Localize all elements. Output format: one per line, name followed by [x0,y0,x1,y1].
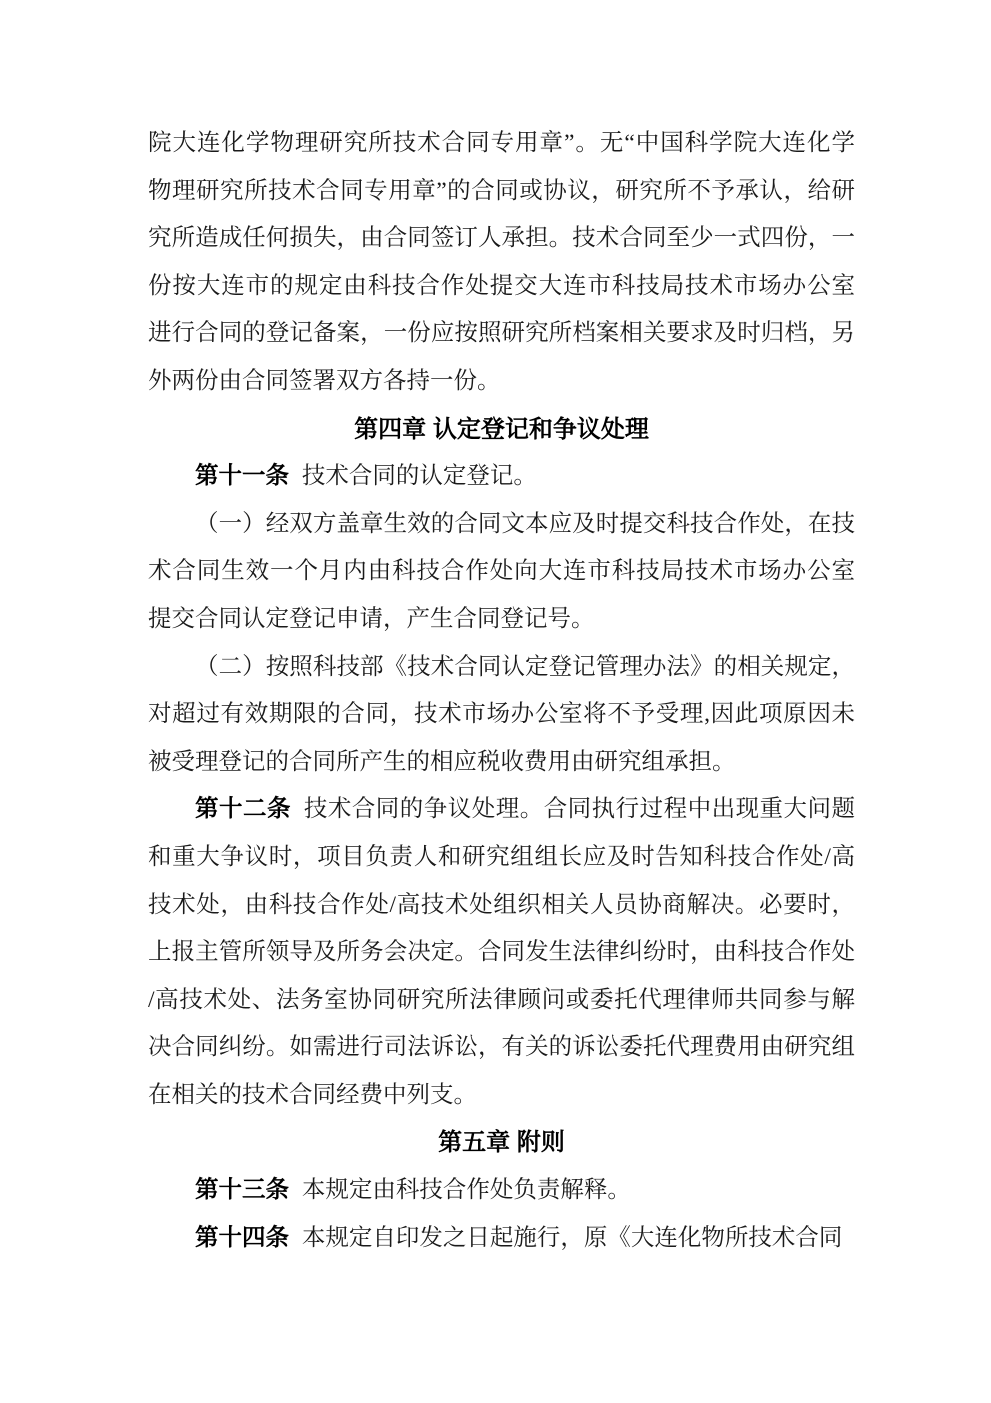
text-line: /高技术处、法务室协同研究所法律顾问或委托代理律师共同参与解 [148,977,855,1025]
paragraph-continuation: 院大连化学物理研究所技术合同专用章”。无“中国科学院大连化学 物理研究所技术合同… [148,120,855,406]
text-line: 第十二条技术合同的争议处理。合同执行过程中出现重大问题 [148,786,855,834]
text-line: （二）按照科技部《技术合同认定登记管理办法》的相关规定， [148,644,855,692]
text-line: 第十一条技术合同的认定登记。 [148,453,855,501]
text-line: 第十三条本规定由科技合作处负责解释。 [148,1167,855,1215]
article-number: 第十一条 [195,463,289,489]
text-line: 物理研究所技术合同专用章”的合同或协议，研究所不予承认，给研 [148,168,855,216]
text-line: 在相关的技术合同经费中列支。 [148,1072,855,1120]
text-line: 术合同生效一个月内由科技合作处向大连市科技局技术市场办公室 [148,548,855,596]
article-number: 第十四条 [195,1225,289,1251]
text-line: 对超过有效期限的合同，技术市场办公室将不予受理,因此项原因未 [148,691,855,739]
text-line: 被受理登记的合同所产生的相应税收费用由研究组承担。 [148,739,855,787]
article-11: 第十一条技术合同的认定登记。 [148,453,855,501]
article-text: 技术合同的争议处理。合同执行过程中出现重大问题 [304,796,855,822]
text-line: 进行合同的登记备案，一份应按照研究所档案相关要求及时归档，另 [148,310,855,358]
chapter-heading-5: 第五章 附则 [148,1119,855,1167]
article-number: 第十三条 [195,1177,289,1203]
text-line: 技术处，由科技合作处/高技术处组织相关人员协商解决。必要时， [148,882,855,930]
chapter-heading-4: 第四章 认定登记和争议处理 [148,406,855,454]
text-line: 外两份由合同签署双方各持一份。 [148,358,855,406]
article-text: 技术合同的认定登记。 [302,463,537,489]
article-text: 本规定自印发之日起施行，原《大连化物所技术合同 [302,1225,843,1251]
text-line: （一）经双方盖章生效的合同文本应及时提交科技合作处，在技 [148,501,855,549]
text-line: 份按大连市的规定由科技合作处提交大连市科技局技术市场办公室 [148,263,855,311]
document-body: 院大连化学物理研究所技术合同专用章”。无“中国科学院大连化学 物理研究所技术合同… [148,120,855,1262]
text-line: 和重大争议时，项目负责人和研究组组长应及时告知科技合作处/高 [148,834,855,882]
text-line: 究所造成任何损失，由合同签订人承担。技术合同至少一式四份，一 [148,215,855,263]
text-line: 提交合同认定登记申请，产生合同登记号。 [148,596,855,644]
article-14: 第十四条本规定自印发之日起施行，原《大连化物所技术合同 [148,1215,855,1263]
text-line: 院大连化学物理研究所技术合同专用章”。无“中国科学院大连化学 [148,120,855,168]
document-page: 院大连化学物理研究所技术合同专用章”。无“中国科学院大连化学 物理研究所技术合同… [0,0,991,1403]
article-number: 第十二条 [195,796,291,822]
item-paragraph-2: （二）按照科技部《技术合同认定登记管理办法》的相关规定， 对超过有效期限的合同，… [148,644,855,787]
text-line: 上报主管所领导及所务会决定。合同发生法律纠纷时，由科技合作处 [148,929,855,977]
item-paragraph-1: （一）经双方盖章生效的合同文本应及时提交科技合作处，在技 术合同生效一个月内由科… [148,501,855,644]
article-12: 第十二条技术合同的争议处理。合同执行过程中出现重大问题 和重大争议时，项目负责人… [148,786,855,1119]
text-line: 决合同纠纷。如需进行司法诉讼，有关的诉讼委托代理费用由研究组 [148,1024,855,1072]
article-text: 本规定由科技合作处负责解释。 [302,1177,631,1203]
article-13: 第十三条本规定由科技合作处负责解释。 [148,1167,855,1215]
text-line: 第十四条本规定自印发之日起施行，原《大连化物所技术合同 [148,1215,855,1263]
